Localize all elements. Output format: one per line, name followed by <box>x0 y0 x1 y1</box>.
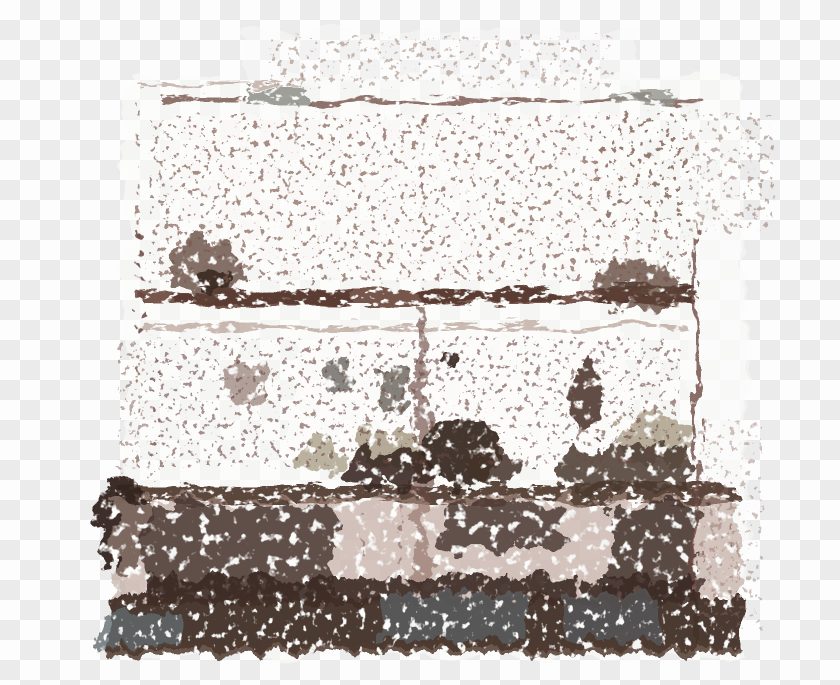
texture-image <box>0 0 840 685</box>
bottom-dark-mid <box>443 504 561 550</box>
speckle-field-topright <box>598 112 773 232</box>
bottom-gray-right <box>563 594 660 640</box>
bottom-gray-mid <box>378 594 526 640</box>
speckle-field-mid <box>150 338 680 466</box>
grunge-texture-svg <box>0 0 840 685</box>
bottom-gray-left <box>98 614 182 647</box>
speckle-field-top <box>268 36 613 88</box>
bottom-edge-ragged <box>108 644 742 654</box>
top-dash-left <box>162 94 244 104</box>
mid-band-dark-2 <box>418 289 563 303</box>
left-vert-spots <box>134 230 146 335</box>
top-gray-smudge-right <box>612 91 672 105</box>
